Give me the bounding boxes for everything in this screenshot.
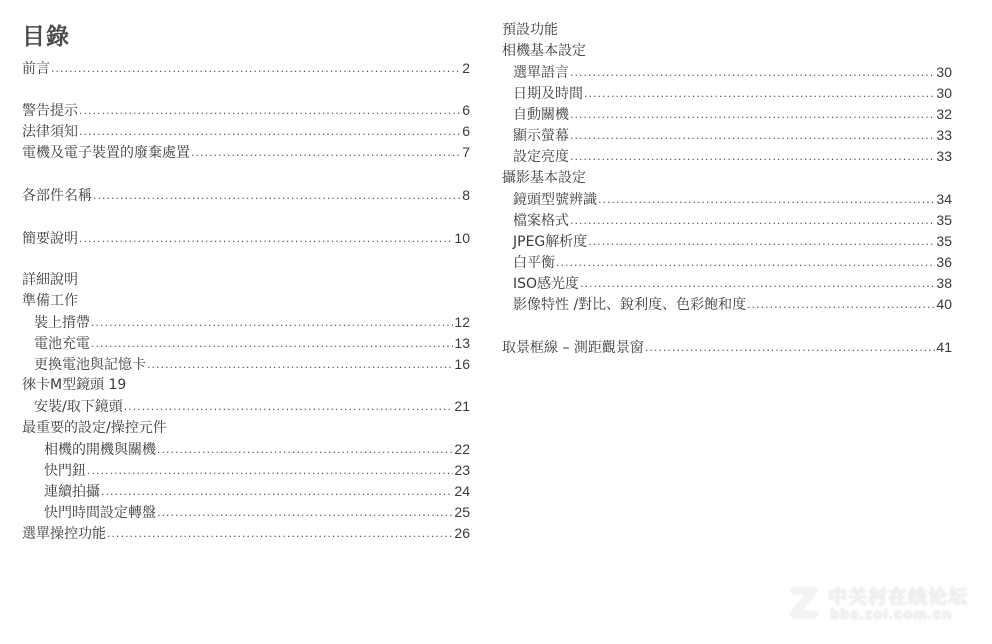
dot-leader: [79, 100, 461, 121]
toc-entry-label: JPEG解析度: [513, 232, 587, 253]
toc-entry-page-number: 35: [936, 210, 952, 231]
toc-entry[interactable]: 徠卡M型鏡頭 19: [22, 375, 126, 396]
dot-leader: [556, 252, 935, 273]
toc-entry-page-number: 25: [454, 502, 470, 523]
toc-entry-label: 選單操控功能: [22, 524, 106, 545]
dot-leader: [79, 121, 461, 142]
dot-leader: [79, 228, 453, 249]
toc-entry-label: 前言: [22, 59, 50, 80]
toc-entry-page-number: 35: [936, 231, 952, 252]
toc-entry-label: 裝上揹帶: [34, 313, 90, 334]
dot-leader: [747, 294, 935, 315]
toc-entry[interactable]: 選單語言30: [502, 62, 952, 83]
toc-entry[interactable]: 安裝/取下鏡頭21: [22, 396, 470, 417]
toc-entry-label: 各部件名稱: [22, 186, 92, 207]
toc-entry-label: 簡要說明: [22, 229, 78, 250]
toc-entry-label: 警告提示: [22, 101, 78, 122]
toc-entry-label: 準備工作: [22, 291, 78, 312]
dot-leader: [51, 58, 461, 79]
toc-entry-page-number: 22: [454, 439, 470, 460]
toc-entry-page-number: 24: [454, 481, 470, 502]
toc-entry-label: 安裝/取下鏡頭: [34, 397, 123, 418]
dot-leader: [588, 231, 935, 252]
toc-entry-page-number: 32: [936, 104, 952, 125]
toc-entry-label: 快門鈕: [44, 461, 86, 482]
toc-entry-page-number: 10: [454, 228, 470, 249]
toc-entry-label: 設定亮度: [513, 147, 569, 168]
dot-leader: [570, 146, 935, 167]
toc-entry-page-number: 2: [462, 58, 470, 79]
toc-entry-label: 影像特性 /對比、銳利度、色彩飽和度: [513, 295, 746, 316]
dot-leader: [570, 210, 935, 231]
toc-entry[interactable]: 連續拍攝24: [22, 481, 470, 502]
page-title: 目錄: [22, 18, 70, 51]
toc-entry-label: 更換電池與記憶卡: [34, 355, 146, 376]
toc-entry[interactable]: 選單操控功能26: [22, 523, 470, 544]
dot-leader: [101, 481, 453, 502]
toc-entry-label: 連續拍攝: [44, 482, 100, 503]
dot-leader: [93, 185, 461, 206]
toc-entry[interactable]: 取景框線 – 測距觀景窗41: [502, 337, 952, 358]
toc-entry-label: 顯示螢幕: [513, 126, 569, 147]
toc-entry-label: 日期及時間: [513, 84, 583, 105]
toc-entry[interactable]: 法律須知6: [22, 121, 470, 142]
toc-entry-page-number: 33: [936, 146, 952, 167]
zol-logo-icon: Z: [784, 582, 824, 626]
toc-entry-label: 預設功能: [502, 20, 558, 41]
toc-entry-page-number: 12: [454, 312, 470, 333]
toc-entry[interactable]: 更換電池與記憶卡16: [22, 354, 470, 375]
dot-leader: [191, 142, 461, 163]
toc-entry-label: 選單語言: [513, 63, 569, 84]
toc-entry[interactable]: 警告提示6: [22, 100, 470, 121]
toc-entry-label: 白平衡: [513, 253, 555, 274]
toc-entry-label: 相機的開機與關機: [44, 440, 156, 461]
dot-leader: [91, 333, 453, 354]
toc-entry[interactable]: 鏡頭型號辨識34: [502, 189, 952, 210]
toc-entry-page-number: 6: [462, 121, 470, 142]
toc-entry[interactable]: 檔案格式35: [502, 210, 952, 231]
toc-entry[interactable]: 裝上揹帶12: [22, 312, 470, 333]
toc-entry[interactable]: JPEG解析度35: [502, 231, 952, 252]
dot-leader: [570, 125, 935, 146]
toc-entry-page-number: 36: [936, 252, 952, 273]
dot-leader: [124, 396, 454, 417]
toc-entry[interactable]: 白平衡36: [502, 252, 952, 273]
toc-entry-label: 取景框線 – 測距觀景窗: [502, 338, 644, 359]
watermark-site-name: 中关村在线论坛: [828, 582, 968, 609]
toc-entry-label: 檔案格式: [513, 211, 569, 232]
toc-entry[interactable]: 相機基本設定: [502, 41, 586, 62]
watermark: Z 中关村在线论坛 bbs.zol.com.cn: [782, 580, 982, 630]
toc-entry-page-number: 38: [936, 273, 952, 294]
toc-entry-page-number: 33: [936, 125, 952, 146]
toc-entry[interactable]: 快門鈕23: [22, 460, 470, 481]
dot-leader: [157, 439, 453, 460]
toc-entry[interactable]: 準備工作: [22, 291, 78, 312]
toc-entry-page-number: 30: [936, 62, 952, 83]
toc-entry-label: 電機及電子裝置的廢棄處置: [22, 143, 190, 164]
toc-entry[interactable]: 日期及時間30: [502, 83, 952, 104]
toc-entry-label: 攝影基本設定: [502, 168, 586, 189]
toc-entry-page-number: 30: [936, 83, 952, 104]
toc-entry-label: 法律須知: [22, 122, 78, 143]
toc-entry[interactable]: 自動關機32: [502, 104, 952, 125]
toc-entry-label: 徠卡M型鏡頭 19: [22, 375, 126, 396]
toc-entry-page-number: 7: [462, 142, 470, 163]
dot-leader: [147, 354, 453, 375]
toc-entry-page-number: 40: [936, 294, 952, 315]
toc-entry-page-number: 34: [936, 189, 952, 210]
toc-entry-label: 電池充電: [34, 334, 90, 355]
toc-entry[interactable]: 相機的開機與關機22: [22, 439, 470, 460]
toc-entry[interactable]: 最重要的設定/操控元件: [22, 418, 167, 439]
toc-entry-label: 相機基本設定: [502, 41, 586, 62]
toc-entry-page-number: 21: [454, 396, 470, 417]
toc-entry[interactable]: 電機及電子裝置的廢棄處置7: [22, 142, 470, 163]
toc-entry[interactable]: 前言2: [22, 58, 470, 79]
toc-entry-page-number: 41: [936, 337, 952, 358]
dot-leader: [87, 460, 453, 481]
dot-leader: [157, 502, 453, 523]
dot-leader: [570, 62, 935, 83]
dot-leader: [598, 189, 935, 210]
toc-entry[interactable]: 設定亮度33: [502, 146, 952, 167]
dot-leader: [570, 104, 935, 125]
dot-leader: [645, 337, 936, 358]
watermark-url: bbs.zol.com.cn: [830, 606, 952, 623]
dot-leader: [107, 523, 453, 544]
toc-entry[interactable]: 快門時間設定轉盤25: [22, 502, 470, 523]
toc-entry[interactable]: 預設功能: [502, 20, 558, 41]
dot-leader: [91, 312, 453, 333]
toc-entry-page-number: 23: [454, 460, 470, 481]
toc-entry-page-number: 13: [454, 333, 470, 354]
toc-entry-label: 最重要的設定/操控元件: [22, 418, 167, 439]
toc-entry-label: 詳細說明: [22, 270, 78, 291]
dot-leader: [584, 83, 935, 104]
toc-entry[interactable]: 電池充電13: [22, 333, 470, 354]
toc-entry[interactable]: 各部件名稱8: [22, 185, 470, 206]
toc-entry-page-number: 6: [462, 100, 470, 121]
toc-entry[interactable]: 簡要說明10: [22, 228, 470, 249]
toc-entry[interactable]: 顯示螢幕33: [502, 125, 952, 146]
dot-leader: [580, 273, 935, 294]
toc-entry[interactable]: 詳細說明: [22, 270, 78, 291]
toc-entry-label: ISO感光度: [513, 274, 579, 295]
toc-entry[interactable]: 攝影基本設定: [502, 168, 586, 189]
toc-entry-page-number: 26: [454, 523, 470, 544]
toc-entry-label: 自動關機: [513, 105, 569, 126]
toc-entry-label: 快門時間設定轉盤: [44, 503, 156, 524]
toc-entry-page-number: 8: [462, 185, 470, 206]
toc-entry-page-number: 16: [454, 354, 470, 375]
toc-entry-label: 鏡頭型號辨識: [513, 190, 597, 211]
toc-entry[interactable]: ISO感光度38: [502, 273, 952, 294]
toc-entry[interactable]: 影像特性 /對比、銳利度、色彩飽和度40: [502, 294, 952, 315]
